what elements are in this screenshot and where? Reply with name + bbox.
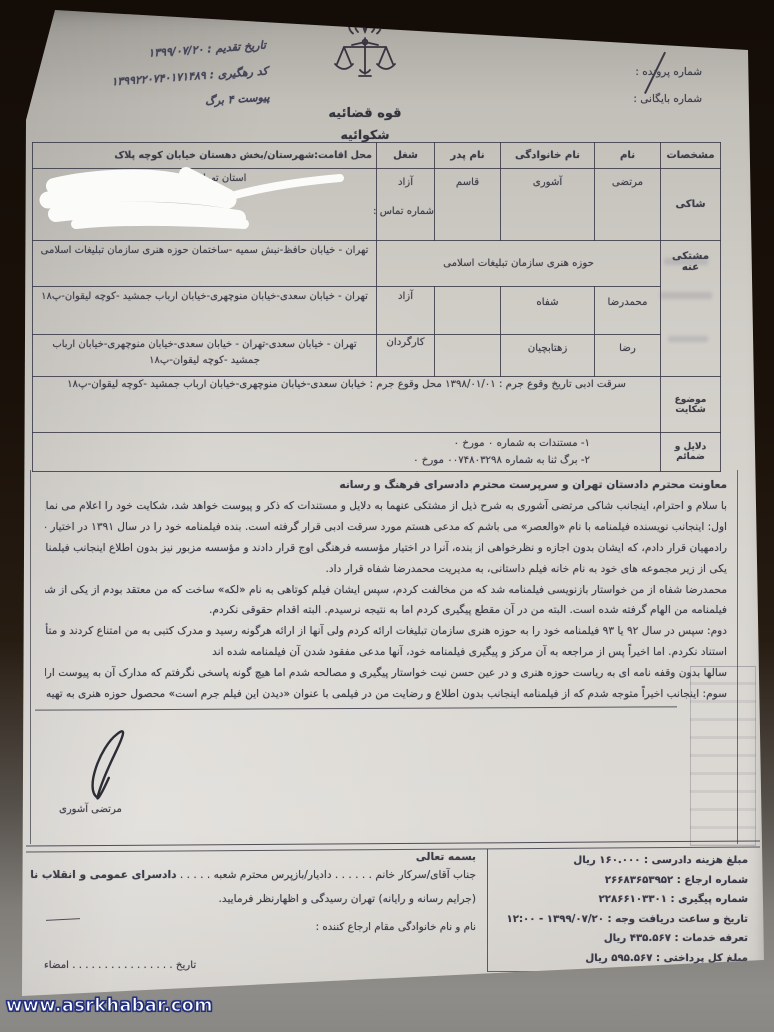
complainant-job: آزاد — [377, 169, 435, 241]
body-line: معاونت محترم دادستان تهران و سرپرست محتر… — [45, 475, 727, 496]
referrer-name-label: نام و نام خانوادگی مقام ارجاع کننده : — [30, 921, 484, 933]
handwritten-block: تاریخ تقدیم : ۱۳۹۹/۰۷/۲۰ کد رهگیری : ۱۳۹… — [50, 33, 271, 126]
complainant-last-name: آشوری — [501, 169, 595, 241]
body-line: رادمهیان قرار دادم، که ایشان بدون اجازه … — [45, 538, 727, 559]
subject-text: سرقت ادبی تاریخ وقوع جرم : ۱۳۹۸/۰۱/۰۱ مح… — [33, 377, 661, 433]
col-header-first-name: نام — [595, 143, 661, 169]
date-signature-line: تاریخ . . . . . . . . . . . . . . . . ام… — [44, 960, 196, 971]
bismillah-footer: بسمه تعالی — [30, 849, 484, 863]
faded-handwriting-smudge — [664, 258, 708, 265]
header-right: بسمه تعالی شماره پرونده : شماره بایگانی … — [542, 28, 702, 120]
faded-ghost-column — [690, 666, 756, 846]
body-line: سوم: اینجانب اخیراً متوجه شدم که از فیلم… — [45, 684, 727, 705]
body-line: با سلام و احترام، اینجانب شاکی مرتضی آشو… — [45, 496, 727, 517]
defendant-row-3: رضا زهتابچیان کارگردان تهران - خیابان سع… — [33, 335, 721, 377]
col-header-job: شغل — [377, 143, 435, 169]
evidence-item-1: ۱- مستندات به شماره ۰ مورخ ۰ — [37, 435, 656, 452]
contact-number-label: شماره تماس : — [373, 206, 434, 217]
body-line: سالها بدون وقفه نامه ای به ریاست حوزه هن… — [45, 663, 727, 684]
redaction-scribble — [36, 164, 356, 234]
body-text: معاونت محترم دادستان تهران و سرپرست محتر… — [31, 470, 737, 705]
body-line: محمدرضا شفاه از من خواستار بازنویسی فیلم… — [45, 580, 727, 601]
referral-line-1: جناب آقای/سرکار خانم . . . . . . دادیار/… — [30, 863, 484, 887]
defendant2-address: تهران - خیابان سعدی-خیابان منوچهری-خیابا… — [33, 287, 377, 335]
body-line: فیلمنامه من الهام گرفته شده است. البته م… — [45, 600, 727, 621]
header-center: قوه قضائیه شکوائیه — [298, 12, 432, 142]
payment-datetime: تاریخ و ساعت دریافت وجه : ۱۳۹۹/۰۷/۲۰ - ۱… — [488, 910, 756, 930]
watermark: www.asrkhabar.com — [6, 996, 213, 1016]
signature-scribble — [68, 720, 174, 809]
defendant2-first-name: محمدرضا — [595, 287, 661, 335]
evidence-row: دلایل و ضمائم ۱- مستندات به شماره ۰ مورخ… — [33, 433, 721, 472]
defendant-row-2: محمدرضا شفاه آزاد تهران - خیابان سعدی-خی… — [33, 287, 721, 335]
defendant-org-row: مشتکی عنه حوزه هنری سازمان تبلیغات اسلام… — [33, 241, 721, 287]
subject-label: موضوع شکایت — [661, 377, 721, 433]
total-paid: مبلغ کل پرداختی : ۵۹۵.۵۶۷ ریال — [488, 949, 756, 969]
evidence-label: دلایل و ضمائم — [661, 433, 721, 472]
body-line: استناد نکردم. اما اخیراً پس از مراجعه به… — [45, 642, 727, 663]
document-title: شکوائیه — [298, 127, 432, 142]
archive-number-label: شماره بایگانی : — [542, 93, 702, 105]
col-header-father-name: نام پدر — [435, 143, 501, 169]
complaint-body: معاونت محترم دادستان تهران و سرپرست محتر… — [30, 470, 738, 844]
complainant-father-name: قاسم — [435, 169, 501, 241]
subject-row: موضوع شکایت سرقت ادبی تاریخ وقوع جرم : ۱… — [33, 377, 721, 433]
judiciary-emblem-icon — [330, 12, 400, 100]
complaint-document: بسمه تعالی شماره پرونده : شماره بایگانی … — [0, 0, 774, 1032]
defendant2-father-name — [435, 287, 501, 335]
court-fee: مبلغ هزینه دادرسی : ۱۶۰.۰۰۰ ریال — [488, 851, 756, 871]
referral-court: دادسرای عمومی و انقلاب ناحیه ۳۱ — [30, 869, 177, 881]
authority-title: قوه قضائیه — [298, 106, 432, 121]
col-header-last-name: نام خانوادگی — [501, 143, 595, 169]
evidence-item-2: ۲- برگ ثنا به شماره ۰۰۷۴۸۰۳۲۹۸ مورخ ۰ — [37, 452, 656, 469]
body-line: یکی از زیر مجموعه های خود به نام خانه فی… — [45, 559, 727, 580]
referral-box: بسمه تعالی جناب آقای/سرکار خانم . . . . … — [30, 849, 484, 973]
faded-handwriting-smudge — [668, 336, 708, 342]
defendant-org-name: حوزه هنری سازمان تبلیغات اسلامی — [377, 241, 661, 287]
body-end-rule — [35, 706, 677, 710]
body-line: اول: اینجانب نویسنده فیلمنامه با نام «وا… — [45, 517, 727, 538]
photo-background: بسمه تعالی شماره پرونده : شماره بایگانی … — [0, 0, 774, 1032]
defendant2-job: آزاد — [377, 287, 435, 335]
bismillah-top: بسمه تعالی — [556, 28, 702, 40]
case-number-label: شماره پرونده : — [542, 66, 702, 78]
service-tariff: تعرفه خدمات : ۴۳۵.۵۶۷ ریال — [488, 929, 756, 949]
complainant-first-name: مرتضی — [595, 169, 661, 241]
referral-number: شماره ارجاع : ۲۶۶۸۳۶۵۳۹۵۲ — [488, 871, 756, 891]
defendant3-address: تهران - خیابان سعدی-تهران - خیابان سعدی-… — [33, 335, 377, 377]
evidence-cell: ۱- مستندات به شماره ۰ مورخ ۰ ۲- برگ ثنا … — [33, 433, 661, 472]
referral-intro: جناب آقای/سرکار خانم . . . . . . دادیار/… — [180, 869, 476, 881]
complainant-label: شاکی — [661, 169, 721, 241]
defendant3-job: کارگردان — [377, 335, 435, 377]
signatory-name: مرتضی آشوری — [59, 804, 122, 815]
payment-info-box: مبلغ هزینه دادرسی : ۱۶۰.۰۰۰ ریال شماره ا… — [487, 849, 756, 972]
body-line: دوم: سپس در سال ۹۲ یا ۹۳ فیلمنامه خود را… — [45, 621, 727, 642]
col-header-id: مشخصات — [661, 143, 721, 169]
defendant3-father-name — [435, 335, 501, 377]
defendant2-last-name: شفاه — [501, 287, 595, 335]
faded-handwriting-smudge — [660, 292, 712, 299]
defendant-org-address: تهران - خیابان حافظ-نبش سمیه -ساختمان حو… — [33, 241, 377, 287]
defendant3-last-name: زهتابچیان — [501, 335, 595, 377]
referral-line-2: (جرایم رسانه و رایانه) تهران رسیدگی و اظ… — [30, 887, 484, 911]
defendant3-first-name: رضا — [595, 335, 661, 377]
tracking-number: شماره پیگیری : ۲۲۸۶۶۱۰۳۳۰۱ — [488, 890, 756, 910]
